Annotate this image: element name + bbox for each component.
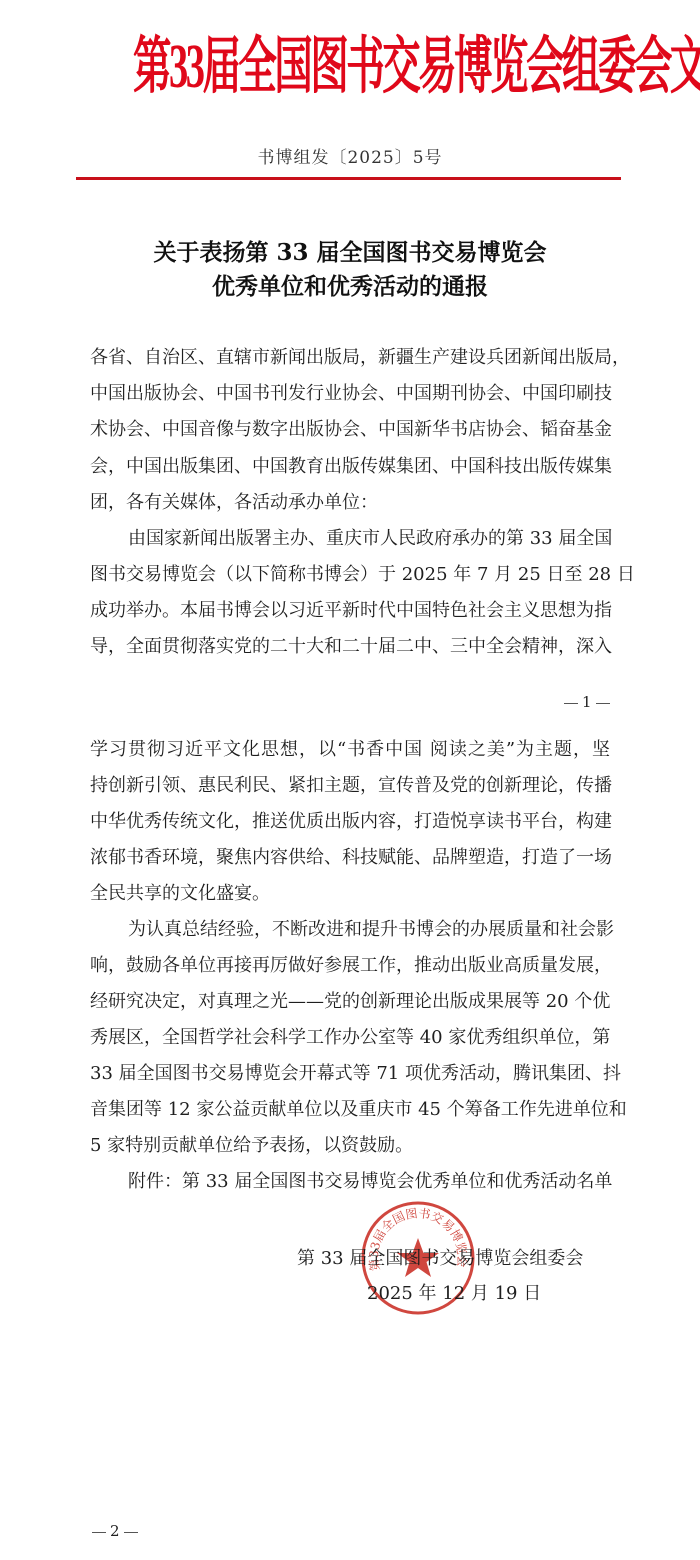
body-line: 会，中国出版集团、中国教育出版传媒集团、中国科技出版传媒集	[90, 455, 610, 479]
dash-left	[92, 1532, 106, 1533]
dash-right	[124, 1532, 138, 1533]
body-line: 导，全面贯彻落实党的二十大和二十届二中、三中全会精神，深入	[90, 635, 610, 659]
body-line: 各省、自治区、直辖市新闻出版局，新疆生产建设兵团新闻出版局，	[90, 346, 610, 370]
body-line: 响，鼓励各单位再接再厉做好参展工作，推动出版业高质量发展，	[90, 954, 610, 978]
body-line: 音集团等 12 家公益贡献单位以及重庆市 45 个筹备工作先进单位和	[90, 1098, 610, 1122]
body-line: 经研究决定，对真理之光——党的创新理论出版成果展等 20 个优	[90, 990, 610, 1014]
body-line: 成功举办。本届书博会以习近平新时代中国特色社会主义思想为指	[90, 599, 610, 623]
body-line: 全民共享的文化盛宴。	[90, 882, 610, 906]
body-line: 团，各有关媒体，各活动承办单位：	[90, 491, 610, 515]
body-line: 中国出版协会、中国书刊发行业协会、中国期刊协会、中国印刷技	[90, 382, 610, 406]
body-line: 由国家新闻出版署主办、重庆市人民政府承办的第 33 届全国	[128, 527, 610, 551]
body-line: 为认真总结经验，不断改进和提升书博会的办展质量和社会影	[128, 918, 610, 942]
body-line: 中华优秀传统文化，推送优质出版内容，打造悦享读书平台，构建	[90, 810, 610, 834]
page-number-2: 2	[88, 1522, 142, 1540]
signature-date: 2025 年 12 月 19 日	[367, 1279, 541, 1305]
document-header-title: 第33届全国图书交易博览会组委会文件	[133, 28, 567, 106]
body-line: 秀展区，全国哲学社会科学工作办公室等 40 家优秀组织单位，第	[90, 1026, 610, 1050]
attachment-line: 附件：第 33 届全国图书交易博览会优秀单位和优秀活动名单	[128, 1170, 610, 1194]
page-number-1: 1	[560, 693, 614, 711]
dash-right	[596, 703, 610, 704]
body-line: 33 届全国图书交易博览会开幕式等 71 项优秀活动，腾讯集团、抖	[90, 1062, 610, 1086]
signature-organization: 第 33 届全国图书交易博览会组委会	[297, 1244, 583, 1270]
body-line: 图书交易博览会（以下简称书博会）于 2025 年 7 月 25 日至 28 日	[90, 563, 610, 587]
body-line: 术协会、中国音像与数字出版协会、中国新华书店协会、韬奋基金	[90, 418, 610, 442]
body-line: 浓郁书香环境，聚焦内容供给、科技赋能、品牌塑造，打造了一场	[90, 846, 610, 870]
body-line: 学习贯彻习近平文化思想，以“书香中国 阅读之美”为主题，坚	[90, 738, 610, 762]
body-line: 5 家特别贡献单位给予表扬，以资鼓励。	[90, 1134, 610, 1158]
notice-title-line-2: 优秀单位和优秀活动的通报	[0, 270, 700, 304]
header-red-rule	[76, 177, 621, 180]
dash-left	[564, 703, 578, 704]
notice-title-line-1: 关于表扬第 33 届全国图书交易博览会	[0, 236, 700, 270]
body-line: 持创新引领、惠民利民、紧扣主题，宣传普及党的创新理论，传播	[90, 774, 610, 798]
notice-title: 关于表扬第 33 届全国图书交易博览会 优秀单位和优秀活动的通报	[0, 236, 700, 304]
document-number: 书博组发〔2025〕5号	[0, 143, 700, 168]
